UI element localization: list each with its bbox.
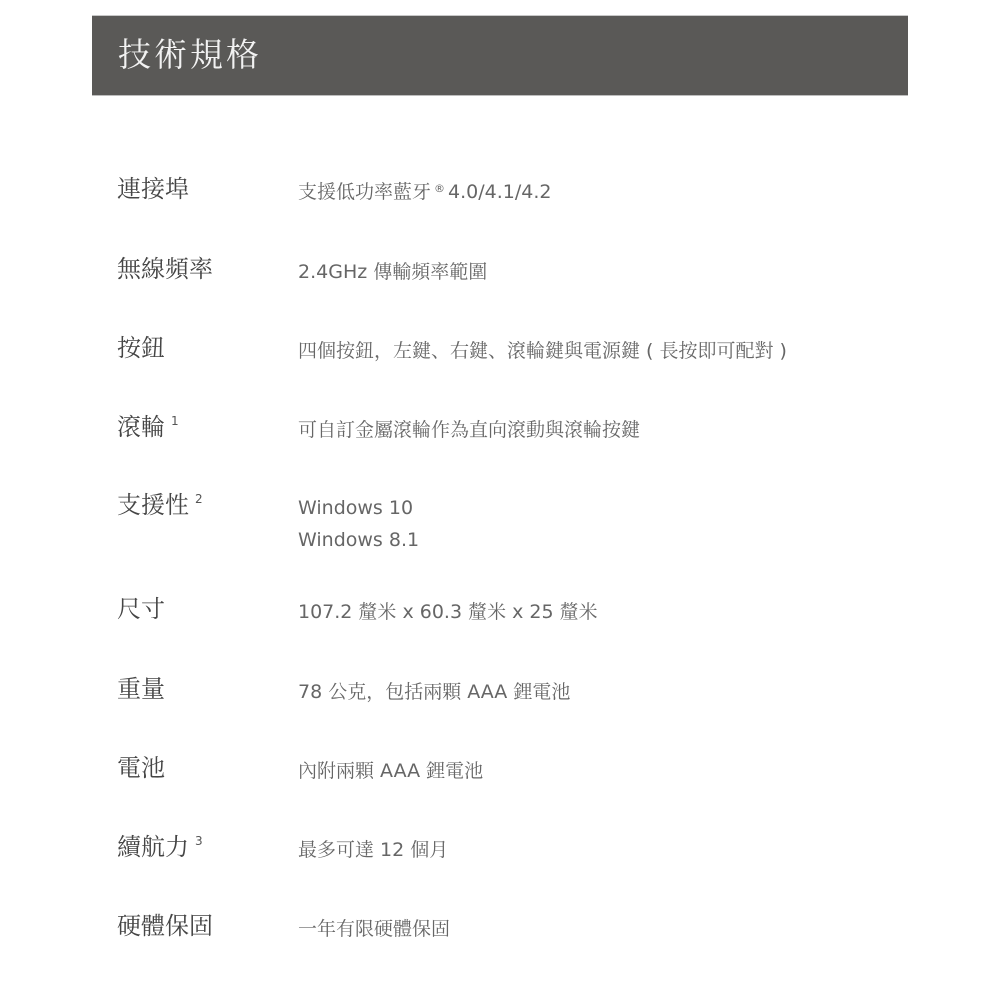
spec-label: 電池: [117, 753, 165, 783]
spec-label: 重量: [117, 674, 165, 704]
spec-label: 按鈕: [117, 333, 165, 363]
footnote-marker: 1: [171, 414, 179, 428]
spec-label: 無線頻率: [117, 254, 213, 284]
spec-value: 一年有限硬體保固: [298, 913, 450, 945]
spec-header-bar: 技術規格: [92, 16, 908, 95]
spec-label: 尺寸: [117, 594, 165, 624]
spec-label: 續航力3: [117, 832, 203, 862]
spec-value: 四個按鈕，左鍵、右鍵、滾輪鍵與電源鍵 ( 長按即可配對 ): [298, 335, 787, 367]
spec-label: 連接埠: [117, 174, 189, 204]
spec-value: 2.4GHz 傳輸頻率範圍: [298, 256, 487, 288]
spec-label: 支援性2: [117, 490, 203, 520]
footnote-marker: 3: [195, 834, 203, 848]
spec-value: 107.2 釐米 x 60.3 釐米 x 25 釐米: [298, 596, 598, 628]
spec-value: 支援低功率藍牙®4.0/4.1/4.2: [298, 176, 551, 208]
spec-value: 內附兩顆 AAA 鋰電池: [298, 755, 483, 787]
spec-value: 78 公克，包括兩顆 AAA 鋰電池: [298, 676, 570, 708]
footnote-marker: 2: [195, 492, 203, 506]
spec-value: 最多可達 12 個月: [298, 834, 448, 866]
registered-mark: ®: [434, 182, 445, 195]
page-title: 技術規格: [118, 35, 262, 75]
spec-label: 滾輪1: [117, 412, 179, 442]
spec-value: Windows 10 Windows 8.1: [298, 492, 419, 556]
spec-label: 硬體保固: [117, 911, 213, 941]
spec-value: 可自訂金屬滾輪作為直向滾動與滾輪按鍵: [298, 414, 640, 446]
